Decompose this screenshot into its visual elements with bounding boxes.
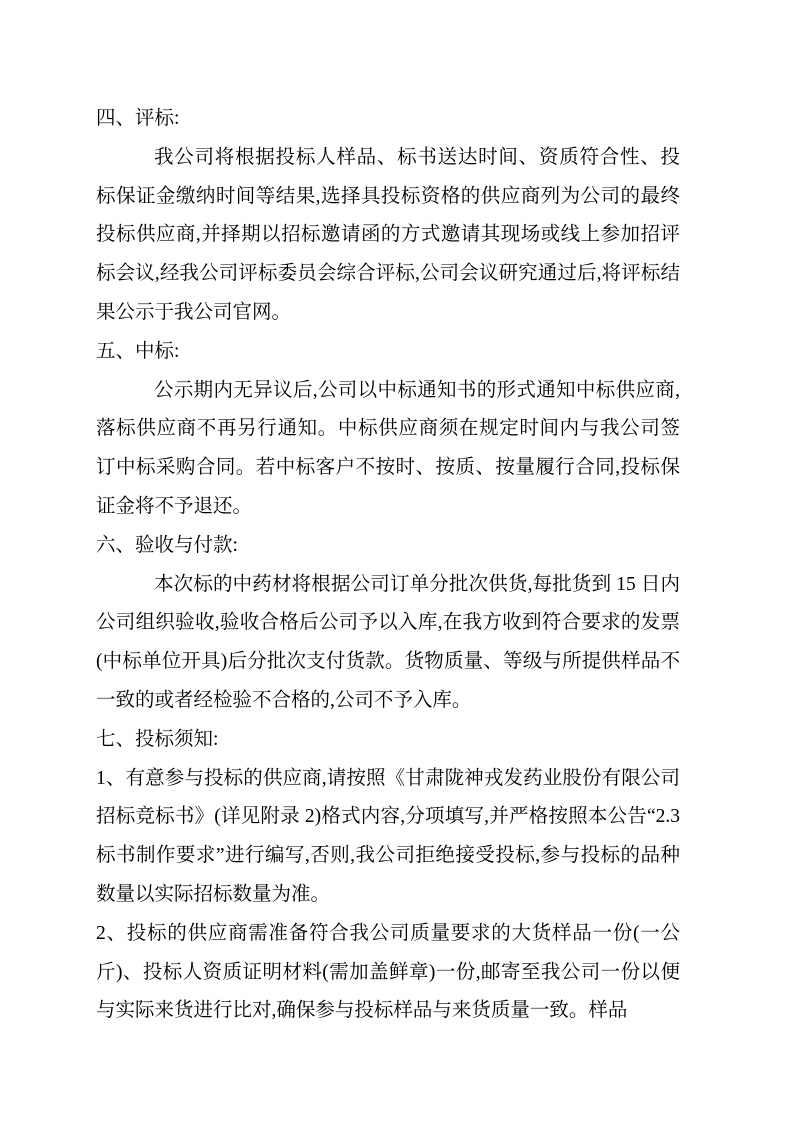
paragraph-winning-bid: 公示期内无异议后,公司以中标通知书的形式通知中标供应商,落标供应商不再另行通知。…	[96, 372, 680, 527]
paragraph-bid-instructions-item-2: 2、投标的供应商需准备符合我公司质量要求的大货样品一份(一公斤)、投标人资质证明…	[96, 915, 680, 1031]
document-page: 四、评标: 我公司将根据投标人样品、标书送达时间、资质符合性、投标保证金缴纳时间…	[0, 0, 794, 1122]
paragraph-evaluation: 我公司将根据投标人样品、标书送达时间、资质符合性、投标保证金缴纳时间等结果,选择…	[96, 139, 680, 333]
paragraph-bid-instructions-item-1: 1、有意参与投标的供应商,请按照《甘肃陇神戎发药业股份有限公司招标竞标书》(详见…	[96, 760, 680, 915]
document-content: 四、评标: 我公司将根据投标人样品、标书送达时间、资质符合性、投标保证金缴纳时间…	[96, 100, 680, 1031]
section-heading-evaluation: 四、评标:	[96, 100, 680, 139]
paragraph-acceptance-payment: 本次标的中药材将根据公司订单分批次供货,每批货到 15 日内公司组织验收,验收合…	[96, 566, 680, 721]
section-heading-winning-bid: 五、中标:	[96, 333, 680, 372]
section-heading-bid-instructions: 七、投标须知:	[96, 721, 680, 760]
section-heading-acceptance-payment: 六、验收与付款:	[96, 527, 680, 566]
